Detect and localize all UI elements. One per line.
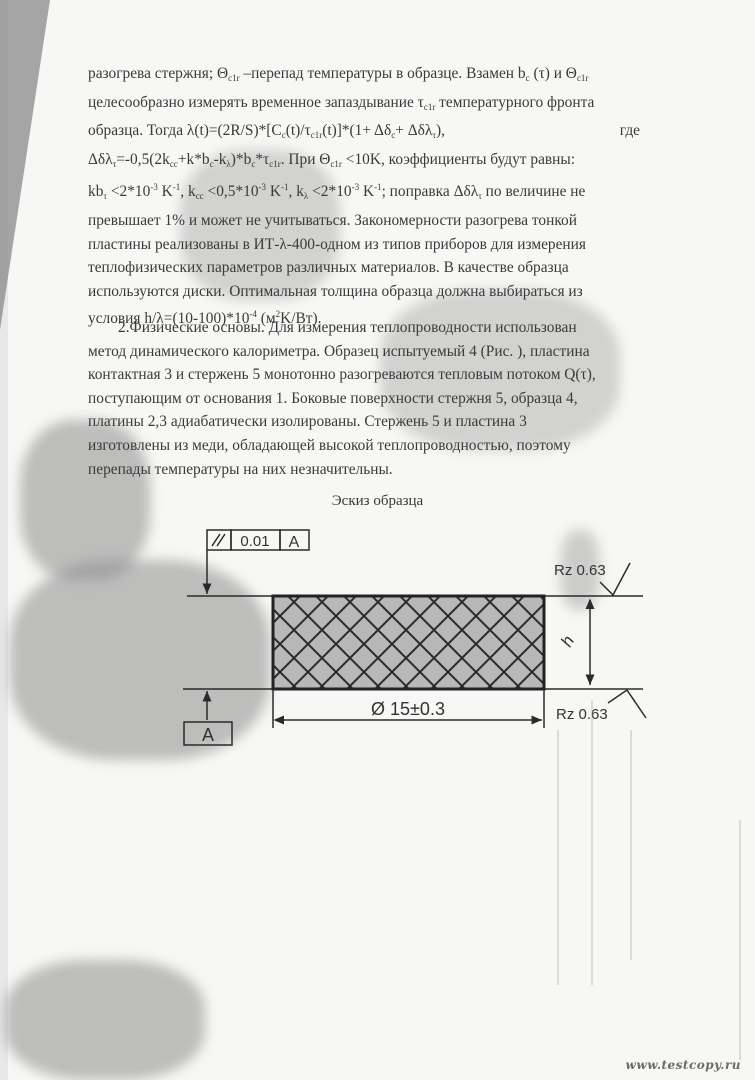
datum-label: A bbox=[202, 725, 214, 745]
watermark: www.testcopy.ru bbox=[626, 1058, 741, 1072]
height-label: h bbox=[557, 632, 578, 650]
scanned-page: разогрева стержня; Θc1r –перепад темпера… bbox=[0, 0, 755, 1080]
roughness-bottom-label: Rz 0.63 bbox=[556, 706, 608, 723]
sample-sketch-drawing: Ø 15±0.3 h 0.01 A A Rz 0.63 bbox=[0, 0, 755, 1080]
roughness-top-label: Rz 0.63 bbox=[554, 562, 606, 579]
tolerance-value: 0.01 bbox=[240, 533, 269, 550]
tolerance-datum: A bbox=[289, 534, 300, 551]
diameter-label: Ø 15±0.3 bbox=[371, 699, 445, 719]
roughness-symbol-bottom bbox=[608, 690, 646, 718]
